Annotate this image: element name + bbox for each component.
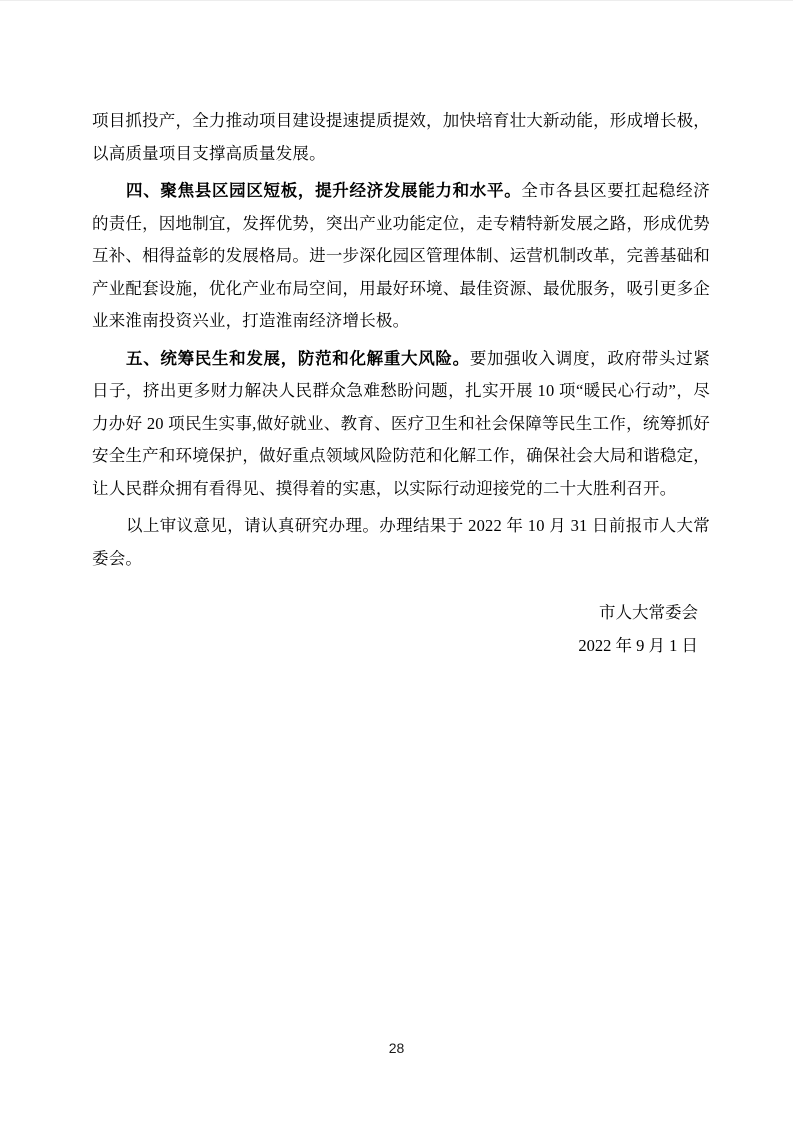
section-heading: 五、统筹民生和发展，防范和化解重大风险。	[126, 349, 470, 368]
signature-block: 市人大常委会 2022 年 9 月 1 日	[92, 597, 710, 662]
paragraph-continuation: 项目抓投产，全力推动项目建设提速提质提效，加快培育壮大新动能，形成增长极，以高质…	[92, 105, 710, 170]
paragraph-text: 以上审议意见，请认真研究办理。办理结果于 2022 年 10 月 31 日前报市…	[92, 516, 710, 568]
page-number: 28	[0, 1040, 793, 1056]
document-page: 项目抓投产，全力推动项目建设提速提质提效，加快培育壮大新动能，形成增长极，以高质…	[0, 0, 793, 1122]
paragraph-closing: 以上审议意见，请认真研究办理。办理结果于 2022 年 10 月 31 日前报市…	[92, 510, 710, 575]
document-body: 项目抓投产，全力推动项目建设提速提质提效，加快培育壮大新动能，形成增长极，以高质…	[92, 105, 710, 662]
section-heading: 四、聚焦县区园区短板，提升经济发展能力和水平。	[126, 181, 521, 200]
paragraph-text: 项目抓投产，全力推动项目建设提速提质提效，加快培育壮大新动能，形成增长极，以高质…	[92, 111, 710, 163]
signature-date: 2022 年 9 月 1 日	[92, 630, 698, 663]
paragraph-section-4: 四、聚焦县区园区短板，提升经济发展能力和水平。全市各县区要扛起稳经济的责任，因地…	[92, 175, 710, 338]
paragraph-text: 要加强收入调度，政府带头过紧日子，挤出更多财力解决人民群众急难愁盼问题，扎实开展…	[92, 349, 710, 498]
paragraph-text: 全市各县区要扛起稳经济的责任，因地制宜，发挥优势，突出产业功能定位，走专精特新发…	[92, 181, 710, 330]
signature-name: 市人大常委会	[92, 597, 698, 630]
paragraph-section-5: 五、统筹民生和发展，防范和化解重大风险。要加强收入调度，政府带头过紧日子，挤出更…	[92, 343, 710, 506]
